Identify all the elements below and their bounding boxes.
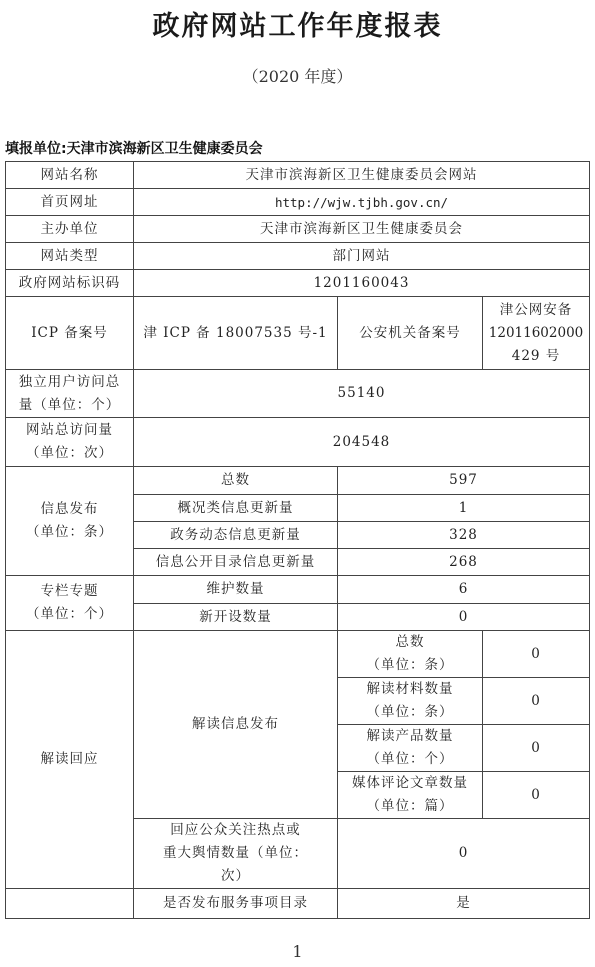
- interp-row-value: 0: [483, 772, 590, 819]
- police-record-label: 公安机关备案号: [338, 297, 483, 370]
- site-id-label: 政府网站标识码: [6, 270, 134, 297]
- row-homepage-url: 首页网址 http://wjw.tjbh.gov.cn/: [6, 189, 590, 216]
- row-site-name: 网站名称 天津市滨海新区卫生健康委员会网站: [6, 162, 590, 189]
- row-sponsor: 主办单位 天津市滨海新区卫生健康委员会: [6, 216, 590, 243]
- interp-row-label-line2: （单位：条）: [341, 654, 479, 677]
- columns-label-line1: 专栏专题: [9, 580, 130, 603]
- row-site-type: 网站类型 部门网站: [6, 243, 590, 270]
- interp-row-label-line1: 媒体评论文章数量: [341, 772, 479, 795]
- unique-visitors-label: 独立用户访问总 量（单位：个）: [6, 370, 134, 418]
- police-record-line3: 429 号: [486, 345, 586, 368]
- total-visits-value: 204548: [134, 418, 590, 467]
- total-visits-label-line1: 网站总访问量: [9, 419, 130, 442]
- homepage-url-label: 首页网址: [6, 189, 134, 216]
- sponsor-value: 天津市滨海新区卫生健康委员会: [134, 216, 590, 243]
- row-interp-total: 解读回应 解读信息发布 总数 （单位：条） 0: [6, 631, 590, 678]
- row-columns-maintained: 专栏专题 （单位：个） 维护数量 6: [6, 576, 590, 604]
- report-year: （2020 年度）: [0, 64, 595, 87]
- row-site-id: 政府网站标识码 1201160043: [6, 270, 590, 297]
- sponsor-label: 主办单位: [6, 216, 134, 243]
- page-number: 1: [0, 942, 595, 961]
- interp-row-label-line1: 总数: [341, 631, 479, 654]
- row-service-catalog: 是否发布服务事项目录 是: [6, 889, 590, 919]
- interpretation-label: 解读回应: [6, 631, 134, 889]
- columns-row-label: 维护数量: [134, 576, 338, 604]
- service-catalog-label: 是否发布服务事项目录: [134, 889, 338, 919]
- interp-row-value: 0: [483, 725, 590, 772]
- columns-label-line2: （单位：个）: [9, 603, 130, 626]
- interp-row-label-line2: （单位：篇）: [341, 795, 479, 818]
- interpretation-publish-label: 解读信息发布: [134, 631, 338, 819]
- total-visits-label: 网站总访问量 （单位：次）: [6, 418, 134, 467]
- interp-row-label-line1: 解读产品数量: [341, 725, 479, 748]
- site-name-value: 天津市滨海新区卫生健康委员会网站: [134, 162, 590, 189]
- icp-value: 津 ICP 备 18007535 号-1: [134, 297, 338, 370]
- row-unique-visitors: 独立用户访问总 量（单位：个） 55140: [6, 370, 590, 418]
- unique-visitors-label-line1: 独立用户访问总: [9, 371, 130, 394]
- interp-row-label: 解读产品数量 （单位：个）: [338, 725, 483, 772]
- interp-row-label-line1: 解读材料数量: [341, 678, 479, 701]
- row-info-total: 信息发布 （单位：条） 总数 597: [6, 467, 590, 495]
- interp-row-value: 0: [483, 678, 590, 725]
- total-visits-label-line2: （单位：次）: [9, 442, 130, 465]
- response-label-line2: 重大舆情数量（单位：: [137, 842, 334, 865]
- response-value: 0: [338, 819, 590, 889]
- reporting-unit: 填报单位:天津市滨海新区卫生健康委员会: [5, 138, 263, 158]
- site-type-label: 网站类型: [6, 243, 134, 270]
- report-table: 网站名称 天津市滨海新区卫生健康委员会网站 首页网址 http://wjw.tj…: [5, 161, 590, 919]
- response-label: 回应公众关注热点或 重大舆情数量（单位： 次）: [134, 819, 338, 889]
- info-publish-label: 信息发布 （单位：条）: [6, 467, 134, 576]
- info-row-value: 1: [338, 495, 590, 522]
- interp-row-label: 媒体评论文章数量 （单位：篇）: [338, 772, 483, 819]
- info-publish-label-line1: 信息发布: [9, 498, 130, 521]
- response-label-line3: 次）: [137, 865, 334, 888]
- response-label-line1: 回应公众关注热点或: [137, 819, 334, 842]
- police-record-value: 津公网安备 12011602000 429 号: [483, 297, 590, 370]
- info-row-value: 597: [338, 467, 590, 495]
- interp-row-label-line2: （单位：条）: [341, 701, 479, 724]
- info-row-label: 概况类信息更新量: [134, 495, 338, 522]
- info-row-value: 268: [338, 549, 590, 576]
- site-name-label: 网站名称: [6, 162, 134, 189]
- police-record-line1: 津公网安备: [486, 299, 586, 322]
- interp-row-label: 总数 （单位：条）: [338, 631, 483, 678]
- service-catalog-value: 是: [338, 889, 590, 919]
- info-row-label: 政务动态信息更新量: [134, 522, 338, 549]
- interp-row-label: 解读材料数量 （单位：条）: [338, 678, 483, 725]
- homepage-url-value: http://wjw.tjbh.gov.cn/: [134, 189, 590, 216]
- info-row-label: 信息公开目录信息更新量: [134, 549, 338, 576]
- columns-row-value: 6: [338, 576, 590, 604]
- icp-label: ICP 备案号: [6, 297, 134, 370]
- site-id-value: 1201160043: [134, 270, 590, 297]
- unique-visitors-value: 55140: [134, 370, 590, 418]
- site-type-value: 部门网站: [134, 243, 590, 270]
- service-catalog-empty: [6, 889, 134, 919]
- columns-row-value: 0: [338, 604, 590, 631]
- interp-row-label-line2: （单位：个）: [341, 748, 479, 771]
- interp-row-value: 0: [483, 631, 590, 678]
- row-total-visits: 网站总访问量 （单位：次） 204548: [6, 418, 590, 467]
- info-row-label: 总数: [134, 467, 338, 495]
- columns-label: 专栏专题 （单位：个）: [6, 576, 134, 631]
- unique-visitors-label-line2: 量（单位：个）: [9, 394, 130, 417]
- row-icp: ICP 备案号 津 ICP 备 18007535 号-1 公安机关备案号 津公网…: [6, 297, 590, 370]
- info-publish-label-line2: （单位：条）: [9, 521, 130, 544]
- police-record-line2: 12011602000: [486, 322, 586, 345]
- info-row-value: 328: [338, 522, 590, 549]
- columns-row-label: 新开设数量: [134, 604, 338, 631]
- report-title: 政府网站工作年度报表: [0, 4, 595, 43]
